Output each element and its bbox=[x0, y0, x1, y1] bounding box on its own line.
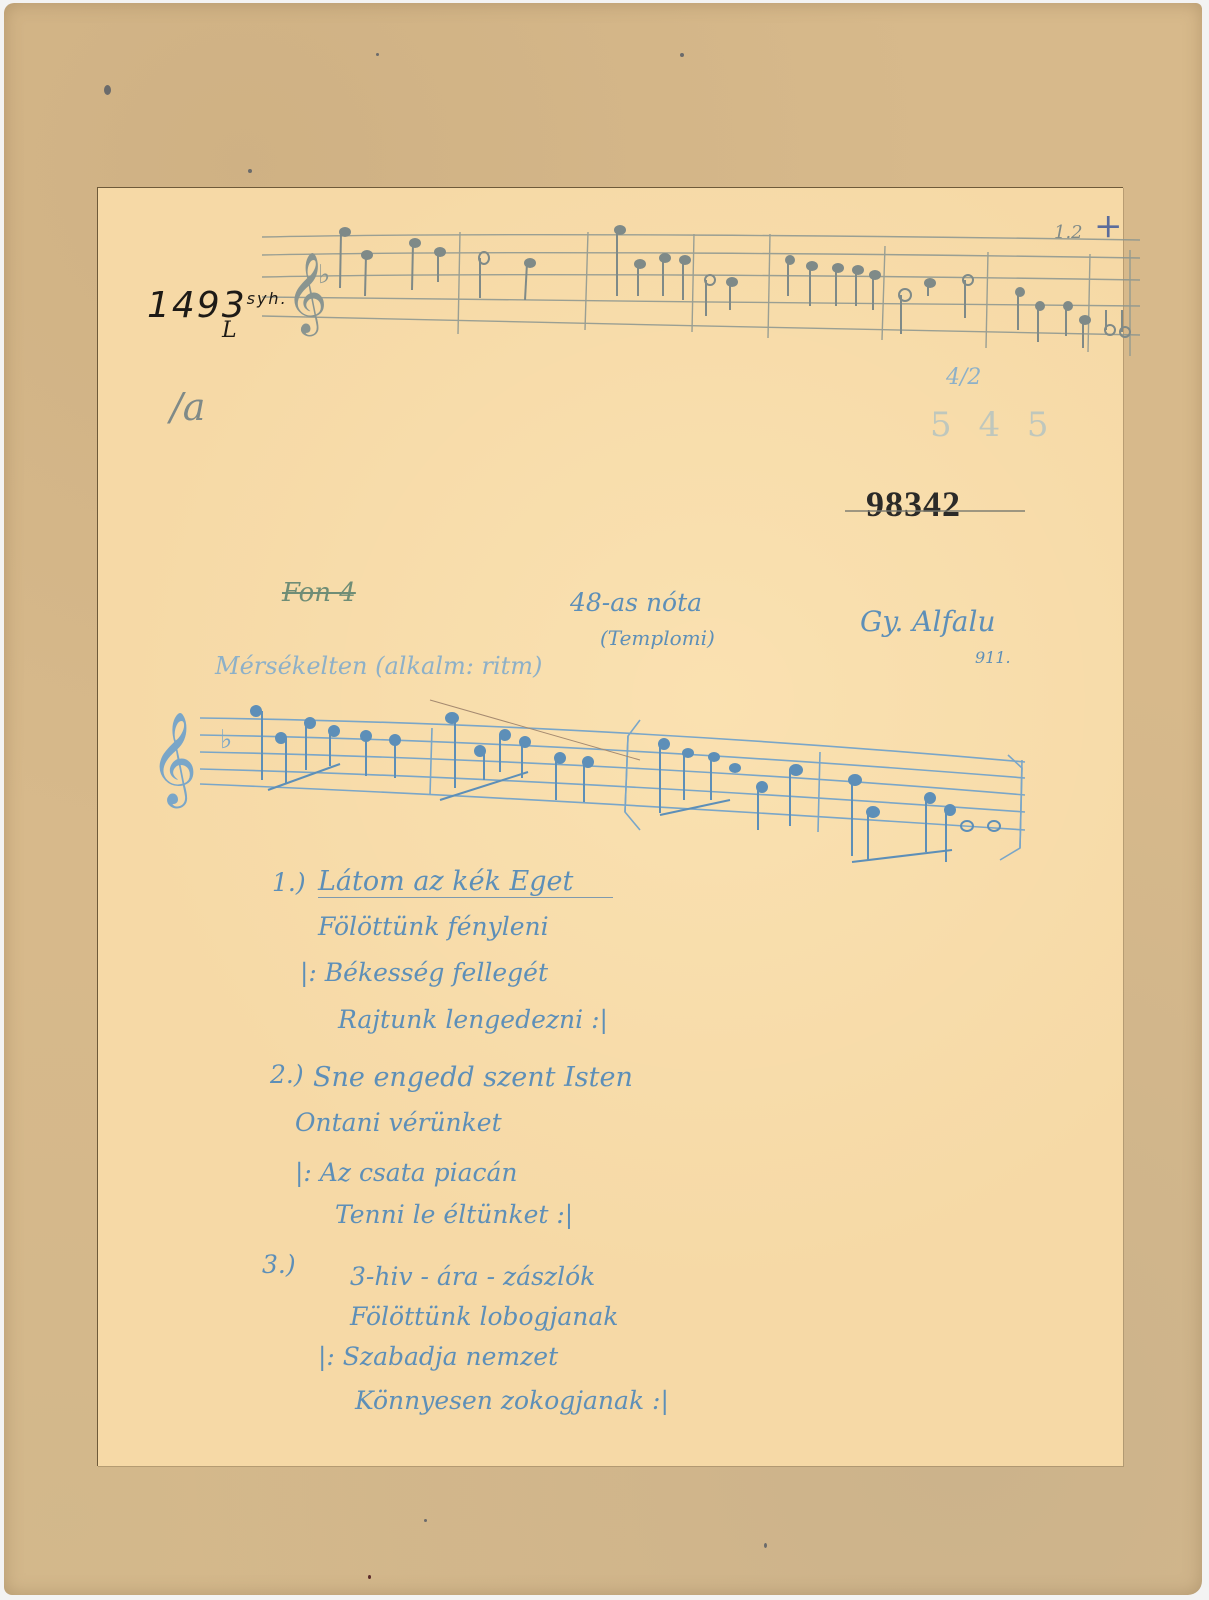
verse-number: 3.) bbox=[262, 1250, 296, 1279]
verse-line: Rajtunk lengedezni :| bbox=[338, 1005, 608, 1034]
card-blemish bbox=[764, 1543, 767, 1548]
verse-line: Tenni le éltünket :| bbox=[335, 1200, 573, 1229]
verse-line: 3-hiv - ára - zászlók bbox=[350, 1262, 595, 1291]
verse-line: Fölöttünk fényleni bbox=[318, 912, 549, 941]
verse-number: 1.) bbox=[272, 868, 306, 897]
verse-line: |: Szabadja nemzet bbox=[318, 1342, 558, 1371]
verse-line: Fölöttünk lobogjanak bbox=[350, 1302, 618, 1331]
verse-line: |: Békesség fellegét bbox=[300, 958, 548, 987]
verse-line: Sne engedd szent Isten bbox=[313, 1062, 633, 1093]
verse-line: |: Az csata piacán bbox=[295, 1158, 518, 1187]
treble-clef-icon: 𝄞 bbox=[150, 711, 197, 808]
verse-line: Ontani vérünket bbox=[295, 1108, 502, 1137]
stray-pencil-line bbox=[430, 700, 640, 760]
flat-icon: ♭ bbox=[220, 725, 232, 755]
verse-number: 2.) bbox=[270, 1060, 304, 1089]
main-blue-staff: 𝄞 ♭ bbox=[0, 0, 1209, 900]
card-blemish bbox=[424, 1519, 427, 1522]
verse-line: Könnyesen zokogjanak :| bbox=[355, 1386, 669, 1415]
card-blemish bbox=[368, 1575, 371, 1579]
verse-line: Látom az kék Eget bbox=[318, 866, 613, 898]
